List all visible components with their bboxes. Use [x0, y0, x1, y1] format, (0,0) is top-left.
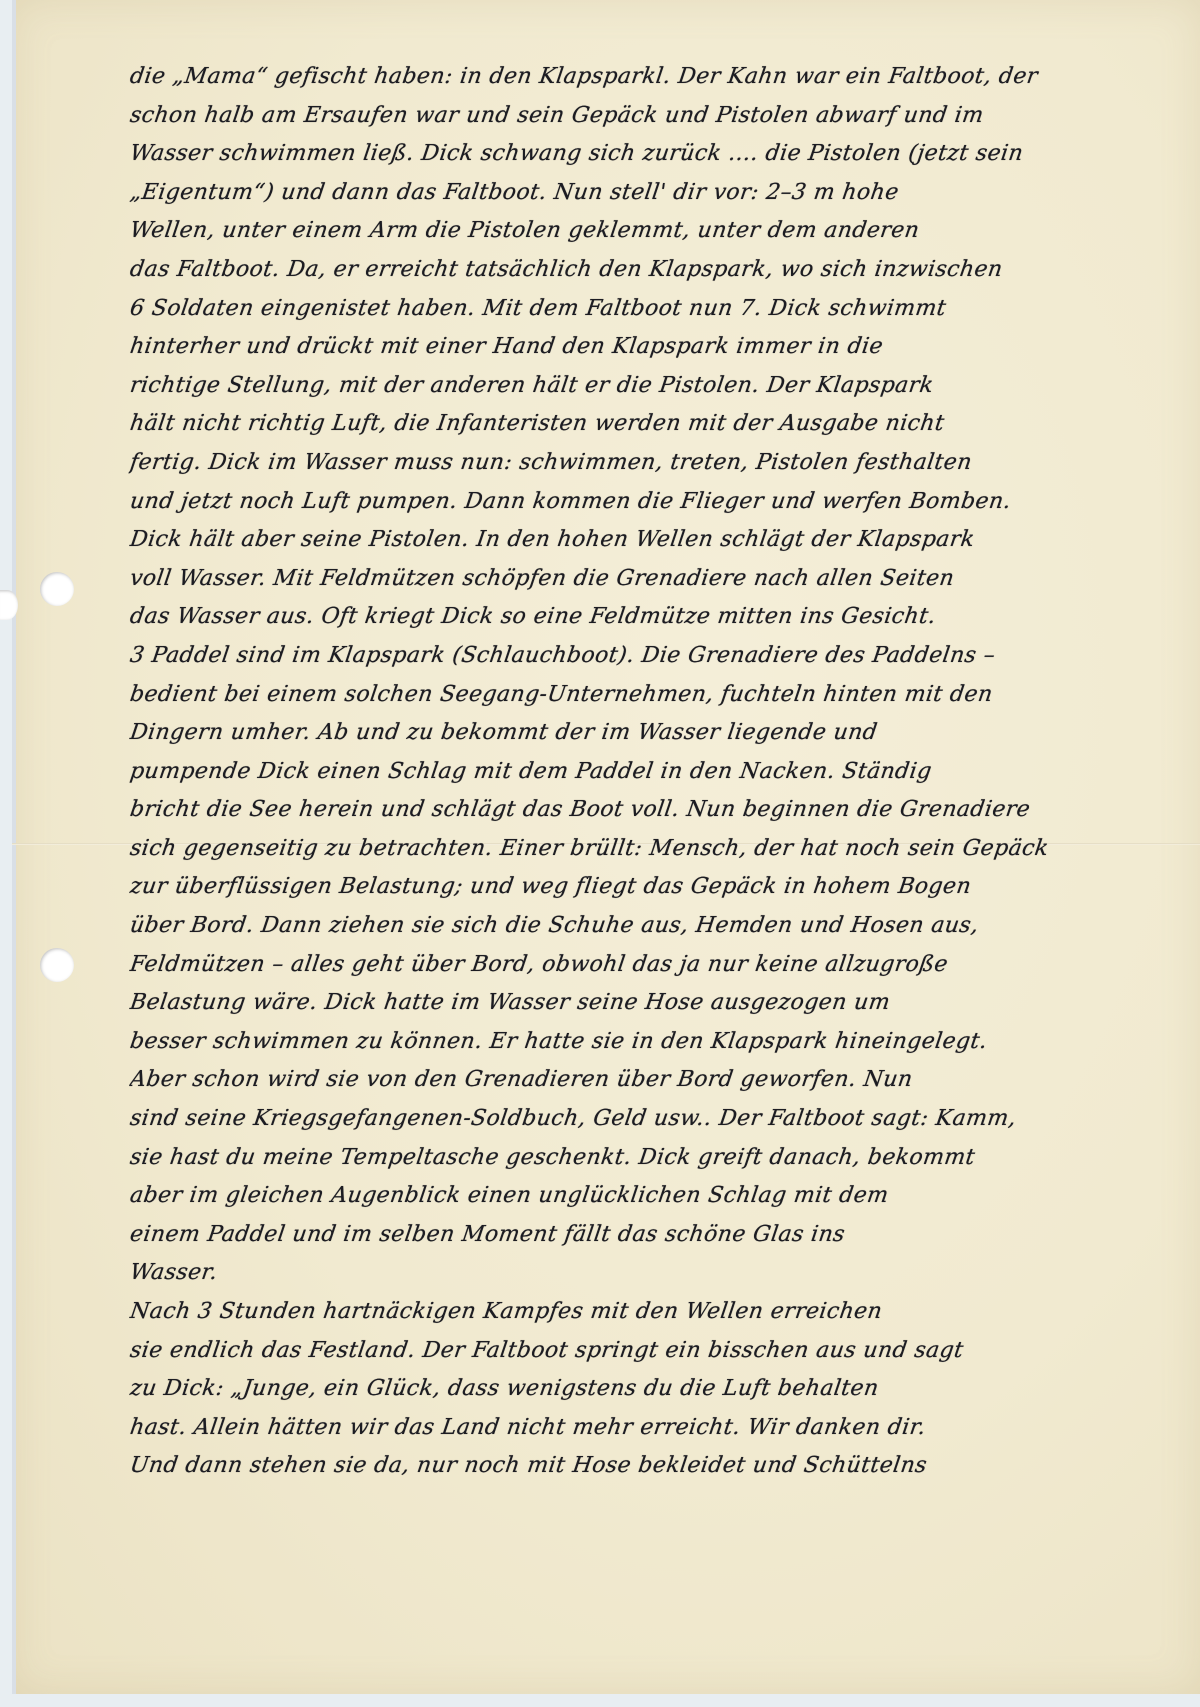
- handwritten-line: Nach 3 Stunden hartnäckigen Kampfes mit …: [127, 1293, 1132, 1332]
- handwritten-line: das Wasser aus. Oft kriegt Dick so eine …: [127, 598, 1132, 637]
- handwritten-line: pumpende Dick einen Schlag mit dem Padde…: [127, 753, 1132, 792]
- handwritten-line: sie endlich das Festland. Der Faltboot s…: [127, 1332, 1132, 1371]
- handwritten-line: Wasser schwimmen ließ. Dick schwang sich…: [127, 135, 1132, 174]
- handwritten-line: besser schwimmen zu können. Er hatte sie…: [127, 1023, 1132, 1062]
- handwritten-line: 6 Soldaten eingenistet haben. Mit dem Fa…: [127, 290, 1132, 329]
- handwritten-line: hast. Allein hätten wir das Land nicht m…: [127, 1409, 1132, 1448]
- handwritten-line: die „Mama“ gefischt haben: in den Klapsp…: [127, 58, 1132, 97]
- handwritten-line: Wasser.: [127, 1254, 1132, 1293]
- handwritten-line: das Faltboot. Da, er erreicht tatsächlic…: [127, 251, 1132, 290]
- handwritten-line: sich gegenseitig zu betrachten. Einer br…: [127, 830, 1132, 869]
- handwritten-line: 3 Paddel sind im Klapspark (Schlauchboot…: [127, 637, 1132, 676]
- handwritten-line: bricht die See herein und schlägt das Bo…: [127, 791, 1132, 830]
- handwritten-line: Aber schon wird sie von den Grenadieren …: [127, 1061, 1132, 1100]
- handwritten-line: sind seine Kriegsgefangenen-Soldbuch, Ge…: [127, 1100, 1132, 1139]
- letter-page: die „Mama“ gefischt haben: in den Klapsp…: [12, 0, 1200, 1694]
- handwritten-line: Dick hält aber seine Pistolen. In den ho…: [127, 521, 1132, 560]
- handwritten-line: und jetzt noch Luft pumpen. Dann kommen …: [127, 483, 1132, 522]
- handwritten-line: fertig. Dick im Wasser muss nun: schwimm…: [127, 444, 1132, 483]
- handwritten-line: Und dann stehen sie da, nur noch mit Hos…: [127, 1447, 1132, 1486]
- handwritten-line: richtige Stellung, mit der anderen hält …: [127, 367, 1132, 406]
- handwritten-line: sie hast du meine Tempeltasche geschenkt…: [127, 1139, 1132, 1178]
- handwritten-line: zu Dick: „Junge, ein Glück, dass wenigst…: [127, 1370, 1132, 1409]
- handwritten-line: voll Wasser. Mit Feldmützen schöpfen die…: [127, 560, 1132, 599]
- handwritten-line: aber im gleichen Augenblick einen unglüc…: [127, 1177, 1132, 1216]
- handwritten-line: bedient bei einem solchen Seegang-Untern…: [127, 676, 1132, 715]
- punch-hole-upper: [40, 572, 74, 606]
- handwritten-line: über Bord. Dann ziehen sie sich die Schu…: [127, 907, 1132, 946]
- handwritten-line: einem Paddel und im selben Moment fällt …: [127, 1216, 1132, 1255]
- handwritten-line: Dingern umher. Ab und zu bekommt der im …: [127, 714, 1132, 753]
- handwritten-line: Wellen, unter einem Arm die Pistolen gek…: [127, 212, 1132, 251]
- handwritten-line: schon halb am Ersaufen war und sein Gepä…: [127, 97, 1132, 136]
- handwritten-line: hält nicht richtig Luft, die Infanterist…: [127, 405, 1132, 444]
- handwritten-text-body: die „Mama“ gefischt haben: in den Klapsp…: [130, 58, 1130, 1486]
- punch-hole-lower: [40, 948, 74, 982]
- handwritten-line: hinterher und drückt mit einer Hand den …: [127, 328, 1132, 367]
- handwritten-line: Belastung wäre. Dick hatte im Wasser sei…: [127, 984, 1132, 1023]
- handwritten-line: zur überflüssigen Belastung; und weg fli…: [127, 868, 1132, 907]
- handwritten-line: Feldmützen – alles geht über Bord, obwoh…: [127, 946, 1132, 985]
- handwritten-line: „Eigentum“) und dann das Faltboot. Nun s…: [127, 174, 1132, 213]
- punch-hole-edge: [0, 590, 18, 620]
